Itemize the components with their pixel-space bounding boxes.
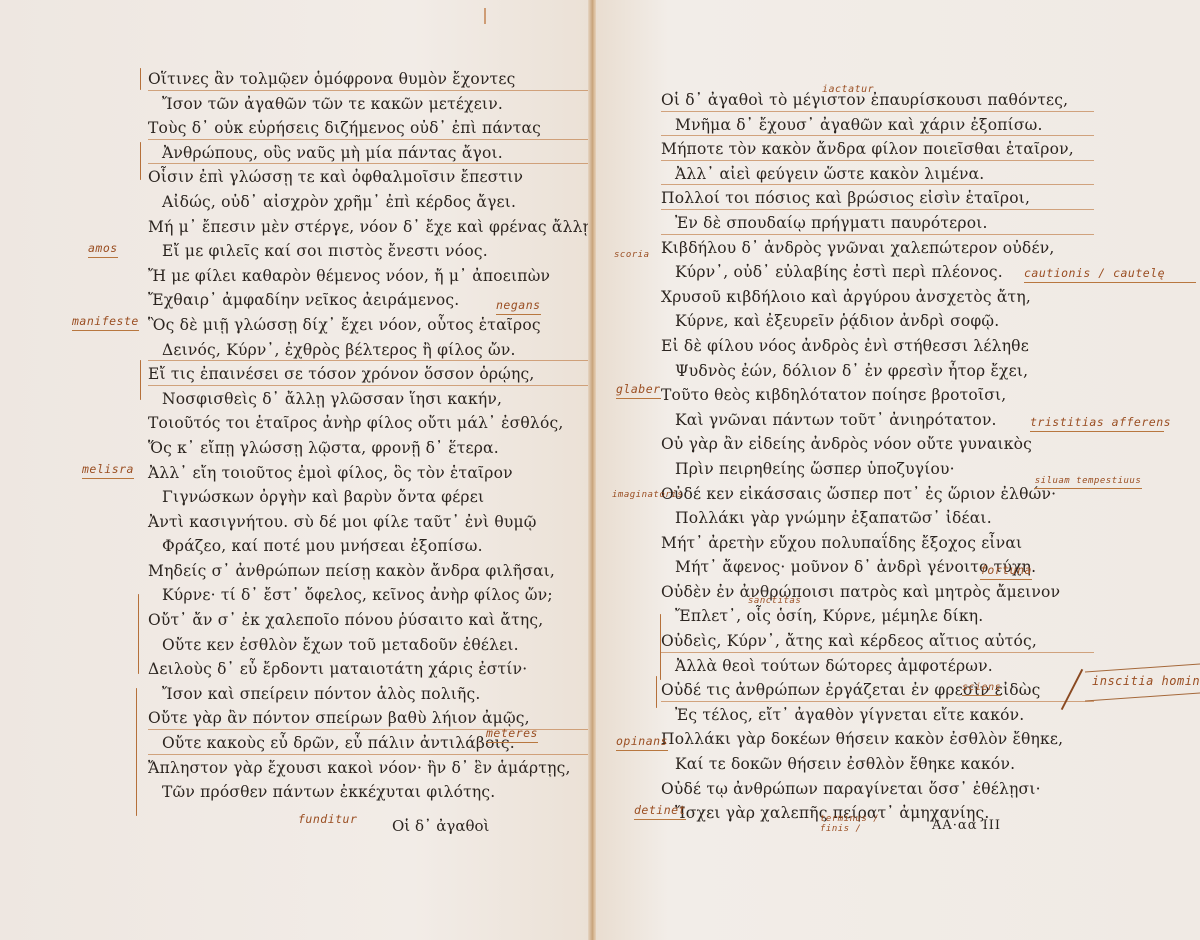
text-line: Ὃς δὲ μιῇ γλώσσῃ δίχ᾽ ἔχει νόον, οὗτος ἑ… xyxy=(148,313,597,338)
text-line: Οὐδέ κεν εἰκάσσαις ὥσπερ ποτ᾽ ἐς ὥριον ἐ… xyxy=(661,482,1074,507)
annotation-iactatur: iactatur xyxy=(822,84,874,95)
text-line: Αἰδώς, οὐδ᾽ αἰσχρὸν χρῆμ᾽ ἐπὶ κέρδος ἄγε… xyxy=(148,190,597,215)
text-line: Μνῆμα δ᾽ ἔχουσ᾽ ἀγαθῶν καὶ χάριν ἐξοπίσω… xyxy=(661,113,1074,138)
text-line: Ἀνθρώπους, οὓς ναῦς μὴ μία πάντας ἄγοι. xyxy=(148,141,597,166)
text-line: Ἐς τέλος, εἴτ᾽ ἀγαθὸν γίγνεται εἴτε κακό… xyxy=(661,703,1074,728)
text-line: Ἴσον τῶν ἀγαθῶν τῶν τε κακῶν μετέχειν. xyxy=(148,92,597,117)
book-spread: Οἵτινες ἂν τολμῷεν ὁμόφρονα θυμὸν ἔχοντε… xyxy=(0,0,1200,940)
text-line: Φράζεο, καί ποτέ μου μνήσεαι ἐξοπίσω. xyxy=(148,534,597,559)
text-line: Νοσφισθεὶς δ᾽ ἄλλῃ γλῶσσαν ἵησι κακήν, xyxy=(148,387,597,412)
text-line: Ὅς κ᾽ εἴπῃ γλώσσῃ λῷστα, φρονῇ δ᾽ ἕτερα. xyxy=(148,436,597,461)
text-line: Μήποτε τὸν κακὸν ἄνδρα φίλον ποιεῖσθαι ἑ… xyxy=(661,137,1074,162)
text-line: Μήτ᾽ ἀρετὴν εὔχου πολυπαΐδης ἔξοχος εἶνα… xyxy=(661,531,1074,556)
text-line: Καὶ γνῶναι πάντων τοῦτ᾽ ἀνιηρότατον. xyxy=(661,408,1074,433)
annotation-fortuna: fortuna xyxy=(980,563,1032,580)
text-line: Κιβδήλου δ᾽ ἀνδρὸς γνῶναι χαλεπώτερον οὐ… xyxy=(661,236,1074,261)
catchword: Οἱ δ᾽ ἀγαθοὶ xyxy=(392,817,489,835)
left-page: Οἵτινες ἂν τολμῷεν ὁμόφρονα θυμὸν ἔχοντε… xyxy=(0,0,590,940)
right-page: Οἱ δ᾽ ἀγαθοὶ τὸ μέγιστον ἐπαυρίσκουσι πα… xyxy=(596,0,1200,940)
annotation-opinans: opinans xyxy=(616,734,668,751)
text-line: Μή μ᾽ ἔπεσιν μὲν στέργε, νόον δ᾽ ἔχε καὶ… xyxy=(148,215,597,240)
margin-bracket xyxy=(140,68,141,90)
margin-bracket xyxy=(136,688,137,816)
annotation-cautionis: cautionis / cautelę xyxy=(1024,266,1196,283)
text-line: Ἤ με φίλει καθαρὸν θέμενος νόον, ἤ μ᾽ ἀπ… xyxy=(148,264,597,289)
text-line: Ἀντὶ κασιγνήτου. σὺ δέ μοι φίλε ταῦτ᾽ ἐν… xyxy=(148,510,597,535)
annotation-sanctitas: sanctitas xyxy=(748,596,801,606)
annotation-terminus: terminus / finis / xyxy=(820,814,884,834)
text-line: Μηδείς σ᾽ ἀνθρώπων πείσῃ κακὸν ἄνδρα φιλ… xyxy=(148,559,597,584)
text-line: Τοὺς δ᾽ οὐκ εὑρήσεις διζήμενος οὐδ᾽ ἐπὶ … xyxy=(148,116,597,141)
text-line: Δειλοὺς δ᾽ εὖ ἔρδοντι ματαιοτάτη χάρις ἐ… xyxy=(148,657,597,682)
text-line: Ἄπληστον γὰρ ἔχουσι κακοὶ νόον· ἢν δ᾽ ἓν… xyxy=(148,756,597,781)
text-line: Ἴσον καὶ σπείρειν πόντον ἁλὸς πολιῆς. xyxy=(148,682,597,707)
annotation-manifeste: manifeste xyxy=(72,314,139,331)
text-line: Πολλοί τοι πόσιος καὶ βρώσιος εἰσὶν ἑταῖ… xyxy=(661,186,1074,211)
margin-bracket xyxy=(140,360,141,400)
text-line: Οἷσιν ἐπὶ γλώσσῃ τε καὶ ὀφθαλμοῖσιν ἔπεσ… xyxy=(148,165,597,190)
text-line: Οὐδὲν ἐν ἀνθρώποισι πατρὸς καὶ μητρὸς ἄμ… xyxy=(661,580,1074,605)
text-line: Ἀλλ᾽ εἴη τοιοῦτος ἐμοὶ φίλος, ὃς τὸν ἑτα… xyxy=(148,461,597,486)
margin-bracket xyxy=(656,676,657,708)
text-line: Οὐδέ τις ἀνθρώπων ἐργάζεται ἐν φρεσὶν εἰ… xyxy=(661,678,1074,703)
text-line: Οὐδέ τῳ ἀνθρώπων παραγίνεται ὅσσ᾽ ἐθέλῃσ… xyxy=(661,777,1074,802)
text-line: Κύρνε· τί δ᾽ ἔστ᾽ ὄφελος, κεῖνος ἀνὴρ φί… xyxy=(148,583,597,608)
text-line: Κύρν᾽, οὐδ᾽ εὐλαβίης ἐστὶ περὶ πλέονος. xyxy=(661,260,1074,285)
margin-bracket xyxy=(660,614,661,680)
text-line: Οὔτε κεν ἐσθλὸν ἔχων τοῦ μεταδοῦν ἐθέλει… xyxy=(148,633,597,658)
text-line: Πρὶν πειρηθείης ὥσπερ ὑποζυγίου· xyxy=(661,457,1074,482)
annotation-imaginatoris: imaginatoris xyxy=(612,490,652,500)
margin-bracket xyxy=(138,594,139,674)
text-line: Οὐδεὶς, Κύρν᾽, ἄτης καὶ κέρδεος αἴτιος α… xyxy=(661,629,1074,654)
annotation-amos: amos xyxy=(88,241,118,258)
page-mark xyxy=(484,8,486,24)
annotation-siluam: siluam tempestiuus xyxy=(1034,476,1142,489)
text-line: Ψυδνὸς ἐών, δόλιον δ᾽ ἐν φρεσὶν ἦτορ ἔχε… xyxy=(661,359,1074,384)
text-line: Εἴ με φιλεῖς καί σοι πιστὸς ἔνεστι νόος. xyxy=(148,239,597,264)
text-line: Ἀλλὰ θεοὶ τούτων δώτορες ἀμφοτέρων. xyxy=(661,654,1074,679)
text-line: Ἔπλετ᾽, οἷς ὁσίη, Κύρνε, μέμηλε δίκη. xyxy=(661,604,1074,629)
text-line: Πολλάκι γὰρ γνώμην ἐξαπατῶσ᾽ ἰδέαι. xyxy=(661,506,1074,531)
annotation-negans: negans xyxy=(496,298,541,315)
signature-mark: AA·αα III xyxy=(932,818,1001,833)
annotation-glaber: glaber xyxy=(616,382,661,399)
text-line: Τῶν πρόσθεν πάντων ἐκκέχυται φιλότης. xyxy=(148,780,597,805)
right-text-block: Οἱ δ᾽ ἀγαθοὶ τὸ μέγιστον ἐπαυρίσκουσι πα… xyxy=(661,88,1074,826)
annotation-tristitias: tristitias afferens xyxy=(1030,415,1164,432)
text-line: Χρυσοῦ κιβδήλοιο καὶ ἀργύρου ἀνσχετὸς ἄτ… xyxy=(661,285,1074,310)
annotation-detinet: detinet xyxy=(634,803,686,820)
left-text-block: Οἵτινες ἂν τολμῷεν ὁμόφρονα θυμὸν ἔχοντε… xyxy=(148,67,597,805)
text-line: Οὔτ᾽ ἄν σ᾽ ἐκ χαλεποῖο πόνου ῥύσαιτο καὶ… xyxy=(148,608,597,633)
margin-bracket xyxy=(140,142,141,180)
annotation-sciens: sciens xyxy=(962,682,1001,696)
text-line: Δεινός, Κύρν᾽, ἐχθρὸς βέλτερος ἢ φίλος ὤ… xyxy=(148,338,597,363)
text-line: Ἀλλ᾽ αἰεὶ φεύγειν ὥστε κακὸν λιμένα. xyxy=(661,162,1074,187)
text-line: Τοῦτο θεὸς κιβδηλότατον ποίησε βροτοῖσι, xyxy=(661,383,1074,408)
text-line: Γιγνώσκων ὀργὴν καὶ βαρὺν ὄντα φέρει xyxy=(148,485,597,510)
annotation-inscitia: inscitia hominum xyxy=(1092,674,1200,688)
text-line: Κύρνε, καὶ ἐξευρεῖν ῥᾴδιον ἀνδρὶ σοφῷ. xyxy=(661,309,1074,334)
text-line: Πολλάκι γὰρ δοκέων θήσειν κακὸν ἐσθλὸν ἔ… xyxy=(661,727,1074,752)
text-line: Οὐ γὰρ ἂν εἰδείης ἀνδρὸς νόον οὔτε γυναι… xyxy=(661,432,1074,457)
annotation-funditur: funditur xyxy=(298,812,357,826)
annotation-melisra: melisra xyxy=(82,462,134,479)
annotation-scoria: scoria xyxy=(614,250,640,260)
text-line: Εἴ τις ἐπαινέσει σε τόσον χρόνον ὅσσον ὁ… xyxy=(148,362,597,387)
text-line: Ἐν δὲ σπουδαίῳ πρήγματι παυρότεροι. xyxy=(661,211,1074,236)
annotation-meteres: meteres xyxy=(486,726,538,743)
text-line: Εἰ δὲ φίλου νόος ἀνδρὸς ἐνὶ στήθεσσι λέλ… xyxy=(661,334,1074,359)
text-line: Οἵτινες ἂν τολμῷεν ὁμόφρονα θυμὸν ἔχοντε… xyxy=(148,67,597,92)
text-line: Τοιοῦτός τοι ἑταῖρος ἀνὴρ φίλος οὔτι μάλ… xyxy=(148,411,597,436)
text-line: Καί τε δοκῶν θήσειν ἐσθλὸν ἔθηκε κακόν. xyxy=(661,752,1074,777)
